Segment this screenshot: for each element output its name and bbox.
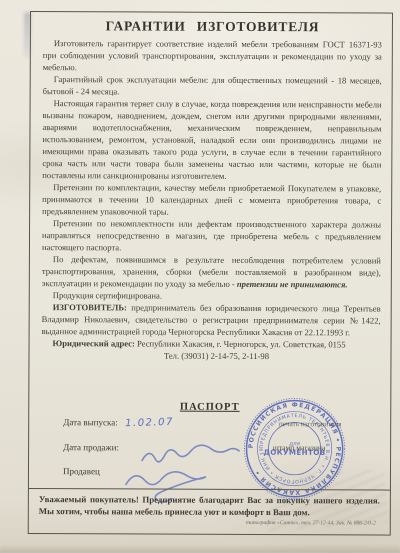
paragraph-warranty: Изготовитель гарантирует соответствие из… [43, 37, 382, 74]
stamp-center-line1: для [288, 441, 300, 447]
legal-address-text: Республики Хакасия, г. Черногорск, ул. С… [135, 338, 346, 349]
issue-date-label: Дата выпуска: [63, 417, 118, 427]
issue-date-handwritten-value: 1.02.07 [125, 417, 174, 429]
issue-date-row: Дата выпуска:1.02.07 [63, 417, 173, 428]
manufacturer-label: ИЗГОТОВИТЕЛЬ: [53, 302, 127, 312]
faint-corner-watermark [264, 469, 387, 531]
no-claims-bold: претензии не принимаются. [237, 279, 348, 289]
paragraph-claims-defects: Претензии по некомплектности или дефекта… [42, 217, 381, 254]
paragraph-void-conditions: Настоящая гарантия теряет силу в случае,… [42, 97, 381, 182]
paragraph-legal-address: Юридический адрес: Республики Хакасия, г… [42, 337, 381, 350]
paragraph-no-claims: По дефектам, появившимся в результате не… [42, 253, 381, 290]
phone-line: Тел. (39031) 2-14-75, 2-11-98 [41, 349, 380, 362]
paragraph-manufacturer: ИЗГОТОВИТЕЛЬ: предприниматель без образо… [42, 301, 381, 338]
scanned-warranty-document: ГАРАНТИИ ИЗГОТОВИТЕЛЯ Изготовитель гаран… [0, 0, 400, 553]
document-title: ГАРАНТИИ ИЗГОТОВИТЕЛЯ [43, 20, 382, 33]
scanner-edge-band [0, 544, 400, 553]
sale-date-signature-scribble [142, 445, 239, 462]
warranty-text-block: ГАРАНТИИ ИЗГОТОВИТЕЛЯ Изготовитель гаран… [41, 18, 381, 362]
legal-address-label: Юридический адрес: [53, 338, 135, 348]
paragraph-term: Гарантийный срок эксплуатации мебели: дл… [43, 73, 382, 98]
paragraph-claims-packaging: Претензии по комплектации, качеству мебе… [42, 181, 381, 218]
document-border-frame: ГАРАНТИИ ИЗГОТОВИТЕЛЯ Изготовитель гаран… [28, 11, 393, 536]
